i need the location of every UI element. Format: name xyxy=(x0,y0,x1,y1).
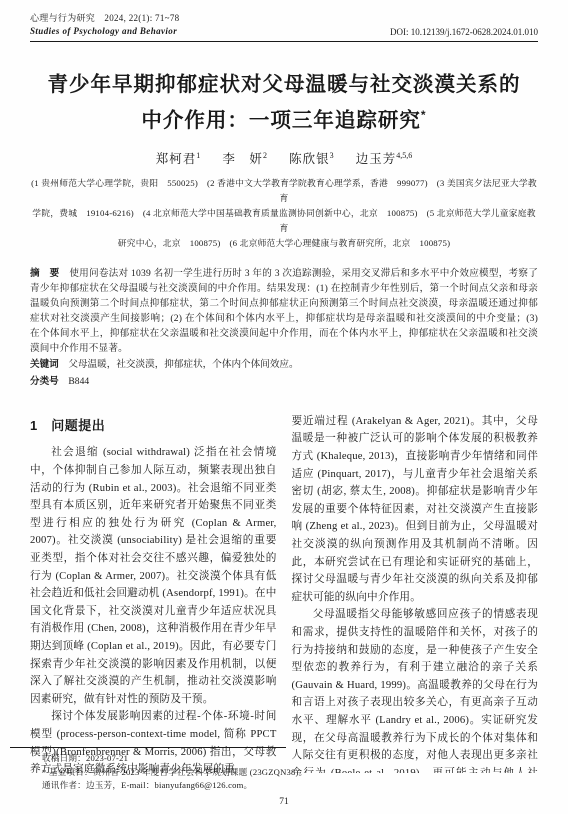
author: 陈欣银3 xyxy=(289,152,334,166)
affiliation-line: 学院，费城 19104-6216) (4 北京师范大学中国基础教育质量监测协同创… xyxy=(30,206,538,236)
section-heading: 1 问题提出 xyxy=(30,417,277,435)
body-paragraph-continuation: 要近端过程 (Arakelyan & Ager, 2021)。其中，父母温暖是一… xyxy=(292,413,539,607)
keywords: 关键词 父母温暖，社交淡漠，抑郁症状，个体内个体间效应。 xyxy=(30,357,538,372)
header-rule xyxy=(30,41,538,42)
footnote-received-date: 收稿日期：2023-07-21 xyxy=(30,752,538,765)
author: 李 妍2 xyxy=(222,152,267,166)
abstract: 摘 要 使用问卷法对 1039 名初一学生进行历时 3 年的 3 次追踪测验，采… xyxy=(30,266,538,356)
paper-title: 青少年早期抑郁症状对父母温暖与社交淡漠关系的 中介作用：一项三年追踪研究* xyxy=(30,69,538,136)
author-affil-marker: 4,5,6 xyxy=(396,151,412,160)
page-footer: 收稿日期：2023-07-21 * 基金项目：贵州省 2023 年度哲学社会科学… xyxy=(30,747,538,807)
footnote-correspondence: 通讯作者：边玉芳，E-mail：bianyufang66@126.com。 xyxy=(30,779,538,792)
keywords-label: 关键词 xyxy=(30,359,68,370)
doi-text: DOI: 10.12139/j.1672-0628.2024.01.010 xyxy=(390,27,538,38)
abstract-text: 使用问卷法对 1039 名初一学生进行历时 3 年的 3 次追踪测验，采用交叉滞… xyxy=(30,268,538,354)
paper-page: 心理与行为研究 2024, 22(1): 71~78 Studies of Ps… xyxy=(0,0,568,814)
journal-name-english: Studies of Psychology and Behavior xyxy=(30,25,179,38)
body-paragraph: 社会退缩 (social withdrawal) 泛指在社会情境中，个体抑制自己… xyxy=(30,444,277,708)
paper-title-line2: 中介作用：一项三年追踪研究 xyxy=(141,109,421,132)
abstract-label: 摘 要 xyxy=(30,268,69,279)
classification-value: B844 xyxy=(68,376,89,387)
author-affil-marker: 3 xyxy=(330,151,334,160)
footnote-funding: * 基金项目：贵州省 2023 年度哲学社会科学规划课题 (23GZQN38)。 xyxy=(30,766,538,779)
author: 郑柯君1 xyxy=(156,152,201,166)
author-affil-marker: 1 xyxy=(196,151,200,160)
journal-citation: 心理与行为研究 2024, 22(1): 71~78 xyxy=(30,12,179,25)
affiliation-line: (1 贵州师范大学心理学院，贵阳 550025) (2 香港中文大学教育学院教育… xyxy=(30,176,538,206)
author-affil-marker: 2 xyxy=(263,151,267,160)
author-list: 郑柯君1 李 妍2 陈欣银3 边玉芳4,5,6 xyxy=(30,149,538,167)
classification: 分类号 B844 xyxy=(30,374,538,389)
author: 边玉芳4,5,6 xyxy=(356,152,413,166)
author-name: 边玉芳 xyxy=(356,152,397,166)
author-name: 陈欣银 xyxy=(289,152,330,166)
right-column: 要近端过程 (Arakelyan & Ager, 2021)。其中，父母温暖是一… xyxy=(292,413,539,773)
body-columns: 1 问题提出 社会退缩 (social withdrawal) 泛指在社会情境中… xyxy=(30,413,538,773)
journal-header: 心理与行为研究 2024, 22(1): 71~78 Studies of Ps… xyxy=(30,12,538,38)
author-name: 李 妍 xyxy=(222,152,263,166)
classification-label: 分类号 xyxy=(30,376,68,387)
footnote-rule xyxy=(10,747,286,748)
affiliation-line: 研究中心，北京 100875) (6 北京师范大学心理健康与教育研究所，北京 1… xyxy=(30,236,538,251)
journal-info: 心理与行为研究 2024, 22(1): 71~78 Studies of Ps… xyxy=(30,12,179,38)
author-name: 郑柯君 xyxy=(156,152,197,166)
page-number: 71 xyxy=(30,797,538,807)
title-footnote-marker: * xyxy=(421,108,427,122)
keywords-text: 父母温暖，社交淡漠，抑郁症状，个体内个体间效应。 xyxy=(68,359,298,370)
affiliations: (1 贵州师范大学心理学院，贵阳 550025) (2 香港中文大学教育学院教育… xyxy=(30,176,538,251)
left-column: 1 问题提出 社会退缩 (social withdrawal) 泛指在社会情境中… xyxy=(30,413,277,773)
paper-title-line1: 青少年早期抑郁症状对父母温暖与社交淡漠关系的 xyxy=(48,73,521,96)
